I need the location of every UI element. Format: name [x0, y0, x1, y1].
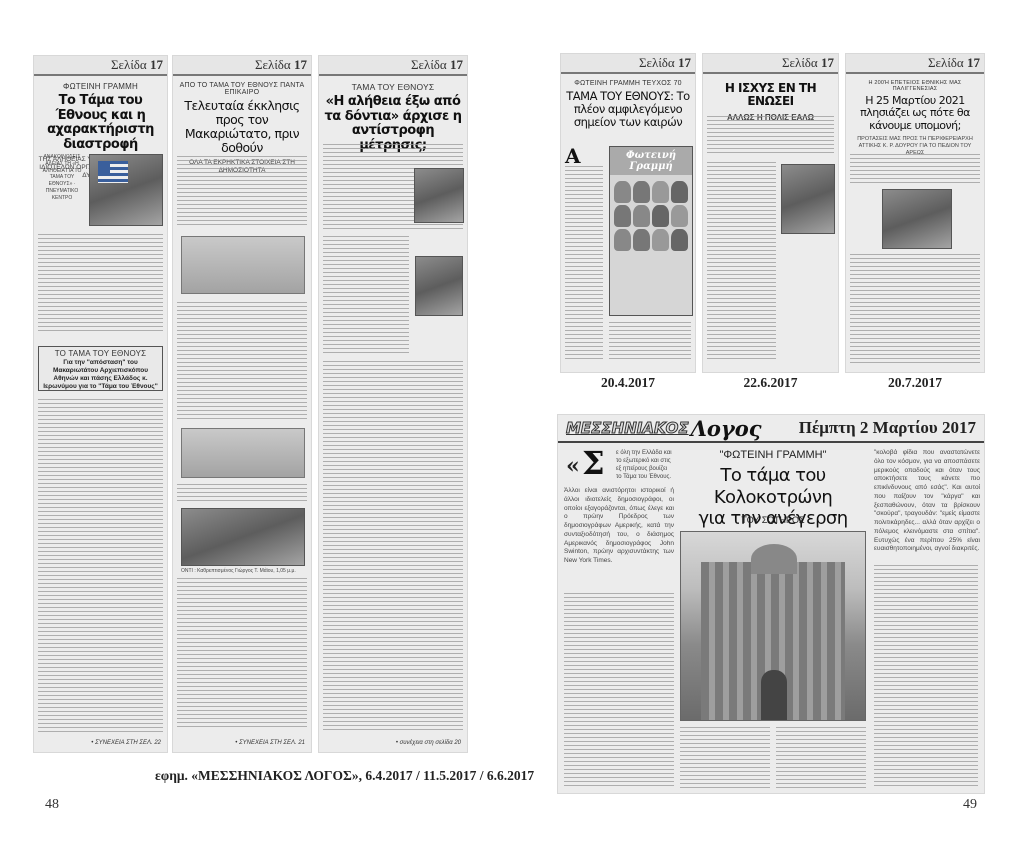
- article-body: [707, 162, 776, 362]
- clipping-header: Σελίδα 17: [846, 54, 984, 74]
- clipping-header: Σελίδα 17: [173, 56, 311, 76]
- article-body: [776, 727, 866, 789]
- article-photo: [415, 256, 463, 316]
- masthead-logo: ΜΕΣΣΗΝΙΑΚΟΣ: [566, 419, 689, 437]
- lead-text: ε όλη την Ελλάδα και το εξωτερικό και στ…: [616, 449, 674, 481]
- kicker: ΦΩΤΕΙΝΗ ΓΡΑΜΜΗ ΤΕΥΧΟΣ 70: [561, 80, 695, 87]
- headline: Η 25 Μαρτίου 2021 πλησιάζει ως πότε θα κ…: [850, 95, 980, 132]
- left-column-text: Άλλοι είναι ανιστόρητοι ιστορικοί ή άλλο…: [564, 487, 674, 566]
- masthead: ΜΕΣΣΗΝΙΑΚΟΣ Λογος Πέμπτη 2 Μαρτίου 2017: [558, 415, 984, 443]
- box-headline: Για την "απόσταση" του Μακαριωτάτου Αρχι…: [39, 358, 162, 393]
- kicker: ΦΩΤΕΙΝΗ ΓΡΑΜΜΗ: [34, 82, 167, 91]
- masthead-logo-script: Λογος: [691, 416, 762, 441]
- clipping-header: Σελίδα 17: [703, 54, 838, 74]
- article-body: [177, 156, 307, 226]
- clipping-20-7-2017: Σελίδα 17 Η 200ή ΕΠΕΤΕΙΟΣ ΕΘΝΙΚΗΣ ΜΑΣ ΠΑ…: [845, 53, 985, 373]
- kicker: Η 200ή ΕΠΕΤΕΙΟΣ ΕΘΝΙΚΗΣ ΜΑΣ ΠΑΛΙΓΓΕΝΕΣΙΑ…: [846, 80, 984, 92]
- article-body: [850, 254, 980, 364]
- photo-caption: ΟΝΤΙ : Καθρεπτισμένος Γιώργος Τ. Μάϊου, …: [181, 568, 305, 575]
- page-label: Σελίδα 17: [928, 55, 980, 71]
- article-body: [177, 302, 307, 422]
- continue-note: • ΣΥΝΕΧΕΙΑ ΣΤΗ ΣΕΛ. 22: [91, 740, 161, 746]
- article-body: [177, 578, 307, 728]
- page-label: Σελίδα 17: [782, 55, 834, 71]
- article-body: [565, 166, 603, 361]
- article-body: [707, 116, 834, 156]
- article-body: [874, 565, 978, 787]
- article-body: [609, 322, 691, 362]
- headline-line-1: Το τάμα του Κολοκοτρώνη: [676, 465, 870, 508]
- article-body: [38, 234, 163, 334]
- cathedral-photo: [882, 189, 952, 249]
- video-still-photo: [181, 508, 305, 566]
- dropcap: Α: [565, 146, 581, 166]
- box-kicker: ΤΟ ΤΑΜΑ ΤΟΥ ΕΘΝΟΥΣ: [39, 349, 162, 358]
- church-flag-photo: [89, 154, 163, 226]
- source-caption: εφημ. «ΜΕΣΣΗΝΙΑΚΟΣ ΛΟΓΟΣ», 6.4.2017 / 11…: [155, 768, 534, 784]
- screenshot-image: [181, 236, 305, 294]
- page-number: 49: [963, 797, 977, 813]
- article-body: [177, 484, 307, 504]
- page-number: 48: [45, 797, 59, 813]
- church-photo: [680, 531, 866, 721]
- article-body: [680, 727, 770, 789]
- clipping-3: Σελίδα 17 ΤΑΜΑ ΤΟΥ ΕΘΝΟΥΣ «Η αλήθεια έξω…: [318, 55, 468, 753]
- article-body: [850, 154, 980, 184]
- headline: ΤΑΜΑ ΤΟΥ ΕΘΝΟΥΣ: Το πλέον αμφιλεγόμενο σ…: [565, 90, 691, 129]
- inset-title: Φωτεινή Γραμμή: [610, 147, 692, 175]
- cathedral-photo: [414, 168, 464, 223]
- page-label: Σελίδα 17: [255, 57, 307, 73]
- clipping-22-6-2017: Σελίδα 17 Η ΙΣΧΥΣ ΕΝ ΤΗ ΕΝΩΣΕΙ ΑΛΛΩΣ Η Π…: [702, 53, 839, 373]
- portrait-grid: [610, 175, 692, 257]
- article-body: [323, 236, 409, 356]
- inset-panel: Φωτεινή Γραμμή: [609, 146, 693, 316]
- article-body: [323, 361, 463, 731]
- clipping-header: Σελίδα 17: [319, 56, 467, 76]
- boxed-article: ΤΟ ΤΑΜΑ ΤΟΥ ΕΘΝΟΥΣ Για την "απόσταση" το…: [38, 346, 163, 391]
- clipping-20-4-2017: Σελίδα 17 ΦΩΤΕΙΝΗ ΓΡΑΜΜΗ ΤΕΥΧΟΣ 70 ΤΑΜΑ …: [560, 53, 696, 373]
- clipping-2: Σελίδα 17 ΑΠΟ ΤΟ ΤΑΜΑ ΤΟΥ ΕΘΝΟΥΣ ΠΑΝΤΑ Ε…: [172, 55, 312, 753]
- church-photo: [781, 164, 835, 234]
- clipping-header: Σελίδα 17: [34, 56, 167, 76]
- kicker: ΤΑΜΑ ΤΟΥ ΕΘΝΟΥΣ: [319, 82, 467, 92]
- continue-note: • συνέχεια στη σελίδα 20: [396, 740, 461, 746]
- feature-clipping: ΜΕΣΣΗΝΙΑΚΟΣ Λογος Πέμπτη 2 Μαρτίου 2017 …: [557, 414, 985, 794]
- screenshot-image: [181, 428, 305, 478]
- page-label: Σελίδα 17: [111, 57, 163, 73]
- page-label: Σελίδα 17: [639, 55, 691, 71]
- headline: Τελευταία έκκλησις προς τον Μακαριώτατο,…: [177, 99, 307, 155]
- continue-note: • ΣΥΝΕΧΕΙΑ ΣΤΗ ΣΕΛ. 21: [235, 740, 305, 746]
- clipping-date: 20.7.2017: [845, 375, 985, 391]
- clipping-1: Σελίδα 17 ΦΩΤΕΙΝΗ ΓΡΑΜΜΗ Το Τάμα του Έθν…: [33, 55, 168, 753]
- clipping-date: 22.6.2017: [702, 375, 839, 391]
- clipping-header: Σελίδα 17: [561, 54, 695, 74]
- byline: ΤΟΥ ΣΩΤΗΡΟΣ: [680, 515, 866, 525]
- article-body: [564, 593, 674, 788]
- headline: Η ΙΣΧΥΣ ΕΝ ΤΗ ΕΝΩΣΕΙ: [707, 82, 834, 109]
- clipping-date: 20.4.2017: [560, 375, 696, 391]
- feature-kicker: "ΦΩΤΕΙΝΗ ΓΡΑΜΜΗ": [680, 449, 866, 461]
- article-body: [38, 399, 163, 734]
- page-label: Σελίδα 17: [411, 57, 463, 73]
- dropcap: Σ: [582, 447, 605, 479]
- kicker: ΑΠΟ ΤΟ ΤΑΜΑ ΤΟΥ ΕΘΝΟΥΣ ΠΑΝΤΑ ΕΠΙΚΑΙΡΟ: [173, 82, 311, 96]
- dropcap-quote: «: [566, 453, 580, 479]
- issue-date: Πέμπτη 2 Μαρτίου 2017: [799, 418, 976, 438]
- side-note: ΑΝΑΚΟΙΝΩΣΕΙΣ ΑΛΕΙΑΣ ΤΗ «Η ΑΛΗΘΕΙΑ ΓΙΑ ΤΟ…: [38, 154, 86, 201]
- headline: Το Τάμα του Έθνους και η αχαρακτήριστη δ…: [38, 94, 163, 152]
- right-column-text: "κολοβά φίδια που αναστατώνετε όλο τον κ…: [874, 449, 980, 554]
